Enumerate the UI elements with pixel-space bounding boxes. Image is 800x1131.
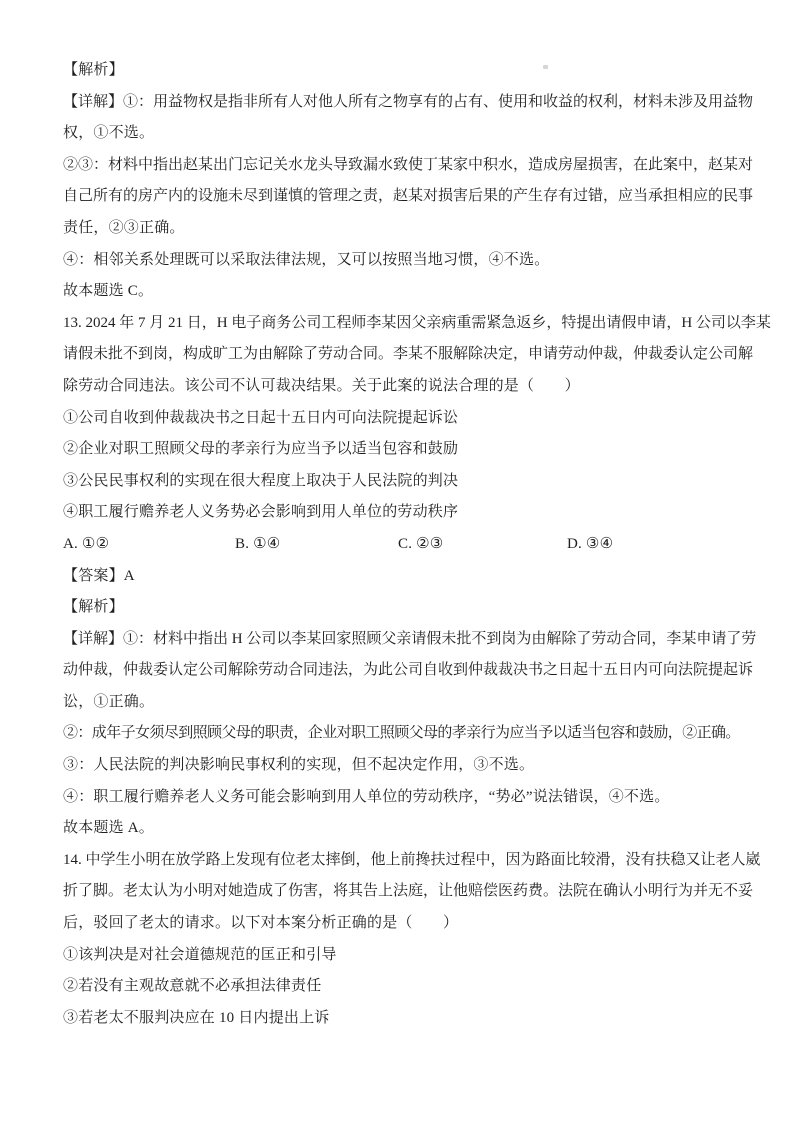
document-body: 【解析】【详解】①：用益物权是指非所有人对他人所有之物享有的占有、使用和收益的权… [63,55,738,1034]
q13-detail-line-4: ②：成年子女须尽到照顾父母的职责，企业对职工照顾父母的孝亲行为应当予以适当包容和… [63,718,738,750]
q12-detail-line-3: ②③：材料中指出赵某出门忘记关水龙头导致漏水致使丁某家中积水，造成房屋损害，在此… [63,150,738,182]
q13-conclusion-line: 故本题选 A。 [63,813,738,845]
q13-answer-line: 【答案】A [63,561,738,593]
document-page: 【解析】【详解】①：用益物权是指非所有人对他人所有之物享有的占有、使用和收益的权… [0,0,800,1131]
q13-detail-line-5: ③：人民法院的判决影响民事权利的实现，但不起决定作用，③不选。 [63,750,738,782]
q13-statement-3: ③公民民事权利的实现在很大程度上取决于人民法院的判决 [63,466,738,498]
q13-detail-line-3: 讼，①正确。 [63,687,738,719]
choice-b: B. ①④ [235,529,398,561]
q12-detail-line-1: 【详解】①：用益物权是指非所有人对他人所有之物享有的占有、使用和收益的权利，材料… [63,87,738,119]
q13-statement-1: ①公司自收到仲裁裁决书之日起十五日内可向法院提起诉讼 [63,403,738,435]
q12-conclusion-line: 故本题选 C。 [63,276,738,308]
q13-stem-line-1: 13. 2024 年 7 月 21 日，H 电子商务公司工程师李某因父亲病重需紧… [63,308,738,340]
q13-choices-row: A. ①②B. ①④C. ②③D. ③④ [63,529,738,561]
q12-detail-line-2: 权，①不选。 [63,118,738,150]
choice-a: A. ①② [63,529,235,561]
q12-detail-line-5: 责任，②③正确。 [63,213,738,245]
q14-stem-line-1: 14. 中学生小明在放学路上发现有位老太摔倒，他上前搀扶过程中，因为路面比较滑，… [63,845,738,877]
q13-detail-line-2: 动仲裁，仲裁委认定公司解除劳动合同违法，为此公司自收到仲裁裁决书之日起十五日内可… [63,655,738,687]
q14-statement-3: ③若老太不服判决应在 10 日内提出上诉 [63,1003,738,1035]
q12-analysis-label: 【解析】 [63,55,738,87]
q13-statement-2: ②企业对职工照顾父母的孝亲行为应当予以适当包容和鼓励 [63,434,738,466]
q13-detail-line-1: 【详解】①：材料中指出 H 公司以李某回家照顾父亲请假未批不到岗为由解除了劳动合… [63,624,738,656]
q13-analysis-label: 【解析】 [63,592,738,624]
q14-stem-line-3: 后，驳回了老太的请求。以下对本案分析正确的是（ ） [63,908,738,940]
q14-stem-line-2: 折了脚。老太认为小明对她造成了伤害，将其告上法庭，让他赔偿医药费。法院在确认小明… [63,876,738,908]
q13-stem-line-2: 请假未批不到岗，构成旷工为由解除了劳动合同。李某不服解除决定，申请劳动仲裁，仲裁… [63,339,738,371]
q12-detail-line-4: 自己所有的房产内的设施未尽到谨慎的管理之责，赵某对损害后果的产生存有过错，应当承… [63,181,738,213]
q13-stem-line-3: 除劳动合同违法。该公司不认可裁决结果。关于此案的说法合理的是（ ） [63,371,738,403]
choice-d: D. ③④ [567,529,738,561]
q14-statement-1: ①该判决是对社会道德规范的匡正和引导 [63,940,738,972]
q12-detail-line-6: ④：相邻关系处理既可以采取法律法规，又可以按照当地习惯，④不选。 [63,245,738,277]
choice-c: C. ②③ [398,529,567,561]
q13-detail-line-6: ④：职工履行赡养老人义务可能会影响到用人单位的劳动秩序，“势必”说法错误，④不选… [63,782,738,814]
q13-statement-4: ④职工履行赡养老人义务势必会影响到用人单位的劳动秩序 [63,497,738,529]
q14-statement-2: ②若没有主观故意就不必承担法律责任 [63,971,738,1003]
